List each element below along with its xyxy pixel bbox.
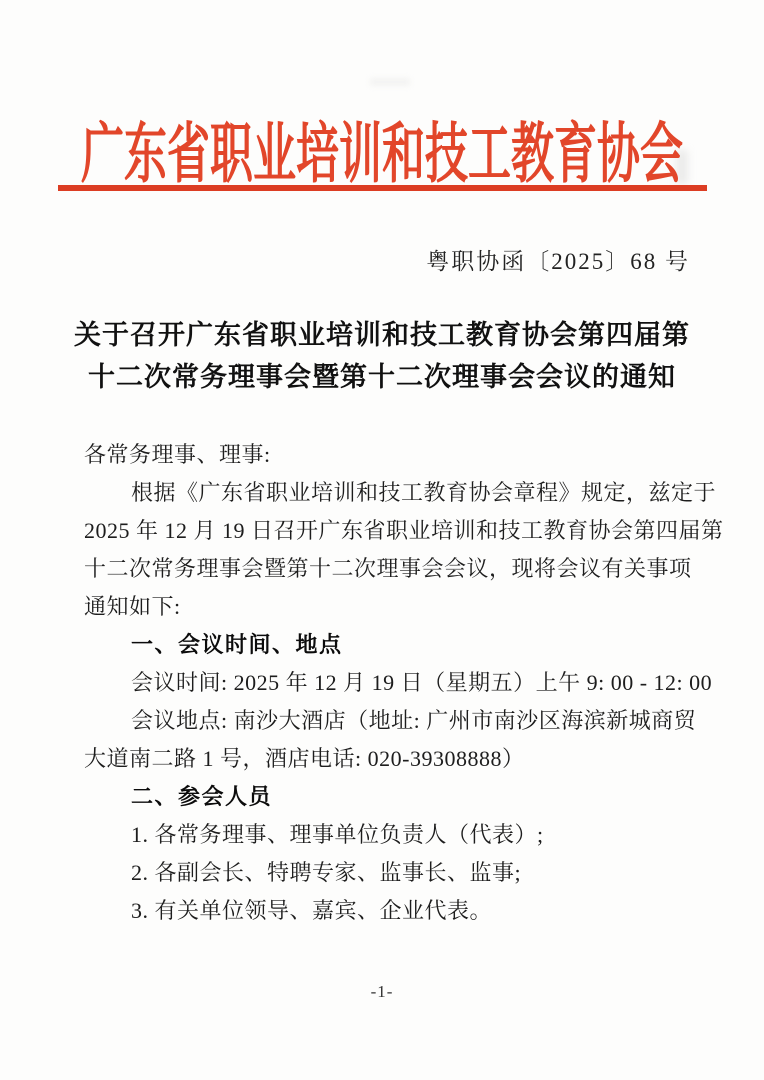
letterhead-org-name-text: 广东省职业培训和技工教育协会: [81, 103, 683, 196]
list-item: 1. 各常务理事、理事单位负责人（代表）;: [84, 816, 690, 854]
list-item: 3. 有关单位领导、嘉宾、企业代表。: [84, 892, 690, 930]
doc-reference-number: 粤职协函〔2025〕68 号: [426, 243, 690, 276]
salutation: 各常务理事、理事:: [84, 436, 690, 474]
meeting-place-line-continued: 大道南二路 1 号，酒店电话: 020-39308888）: [84, 740, 690, 778]
document-page: 广东省职业培训和技工教育协会 粤职协函〔2025〕68 号 关于召开广东省职业培…: [0, 0, 764, 1080]
scan-smudge: [370, 78, 410, 86]
section-heading-meeting-time-place: 一、会议时间、地点: [84, 626, 690, 664]
meeting-place-line: 会议地点: 南沙大酒店（地址: 广州市南沙区海滨新城商贸: [84, 702, 690, 740]
paragraph-line: 通知如下:: [84, 588, 690, 626]
paragraph-line: 根据《广东省职业培训和技工教育协会章程》规定，兹定于: [84, 474, 690, 512]
doc-title-line-2: 十二次常务理事会暨第十二次理事会会议的通知: [0, 356, 764, 398]
list-item: 2. 各副会长、特聘专家、监事长、监事;: [84, 854, 690, 892]
paragraph-line: 十二次常务理事会暨第十二次理事会会议，现将会议有关事项: [84, 550, 690, 588]
paragraph-line: 2025 年 12 月 19 日召开广东省职业培训和技工教育协会第四届第: [84, 512, 690, 550]
letterhead-org-name: 广东省职业培训和技工教育协会: [0, 103, 764, 164]
letterhead-rule: [58, 185, 707, 191]
section-heading-participants: 二、参会人员: [84, 778, 690, 816]
meeting-time-line: 会议时间: 2025 年 12 月 19 日（星期五）上午 9: 00 - 12…: [84, 664, 690, 702]
document-body: 各常务理事、理事: 根据《广东省职业培训和技工教育协会章程》规定，兹定于 202…: [84, 436, 690, 930]
page-number: -1-: [0, 982, 764, 1002]
doc-title: 关于召开广东省职业培训和技工教育协会第四届第 十二次常务理事会暨第十二次理事会会…: [0, 314, 764, 398]
doc-title-line-1: 关于召开广东省职业培训和技工教育协会第四届第: [0, 314, 764, 356]
